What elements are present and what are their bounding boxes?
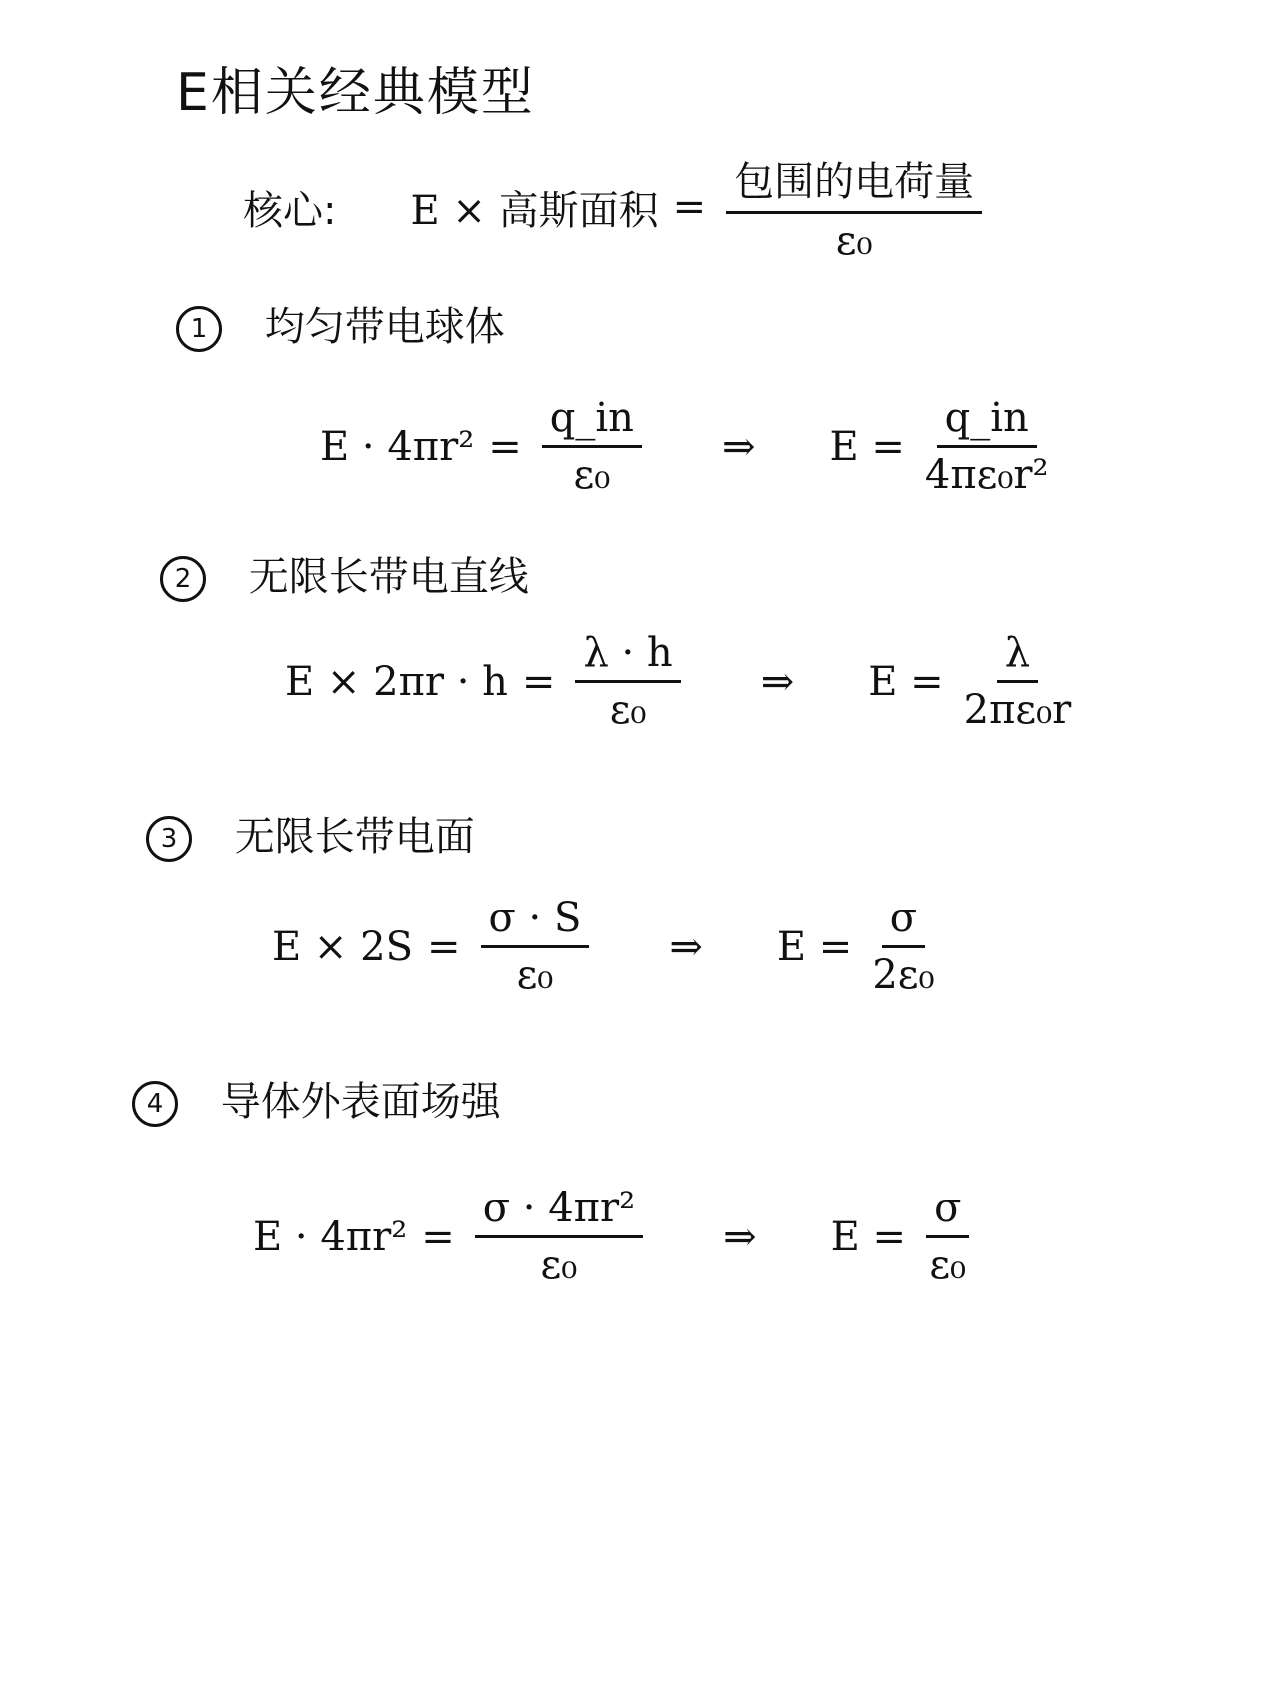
model-3-equation: E × 2S = σ · S ε₀ ⇒ E = σ 2ε₀ [272, 895, 941, 998]
result-lhs: E = [829, 424, 904, 470]
result-fraction: λ 2πε₀r [964, 630, 1072, 733]
equation-equals: = [427, 924, 461, 970]
equation-lhs: E × 2S [272, 924, 413, 970]
fraction-denominator: ε₀ [517, 948, 554, 998]
implies-arrow-icon: ⇒ [722, 424, 756, 470]
result-fraction: σ ε₀ [926, 1185, 969, 1288]
equation-equals: = [522, 659, 556, 705]
fraction-denominator: 2ε₀ [872, 948, 934, 998]
core-label: 核心: [243, 179, 336, 236]
result-lhs: E = [777, 924, 852, 970]
equation-rhs-fraction: σ · 4πr² ε₀ [475, 1185, 643, 1288]
equation-lhs: E · 4πr² [253, 1214, 407, 1260]
circled-number-2: 2 [160, 556, 206, 602]
result-fraction: q_in 4πε₀r² [925, 395, 1049, 498]
implies-arrow-icon: ⇒ [761, 659, 795, 705]
page-title: E相关经典模型 [176, 50, 535, 125]
implies-arrow-icon: ⇒ [723, 1214, 757, 1260]
model-1-heading: 1 均匀带电球体 [176, 295, 505, 352]
equation-lhs: E × 2πr · h [285, 659, 508, 705]
core-lhs: E × 高斯面积 [410, 179, 658, 236]
fraction-denominator: ε₀ [610, 683, 647, 733]
model-heading-text: 无限长带电直线 [249, 554, 529, 600]
core-equals: = [673, 184, 707, 230]
circled-number-1: 1 [176, 306, 222, 352]
core-numerator: 包围的电荷量 [726, 150, 982, 214]
result-fraction: σ 2ε₀ [872, 895, 934, 998]
fraction-numerator: σ [926, 1185, 969, 1238]
equation-equals: = [421, 1214, 455, 1260]
model-heading-text: 导体外表面场强 [221, 1079, 501, 1125]
equation-rhs-fraction: q_in ε₀ [542, 395, 642, 498]
fraction-denominator: ε₀ [929, 1238, 966, 1288]
model-1-equation: E · 4πr² = q_in ε₀ ⇒ E = q_in 4πε₀r² [320, 395, 1055, 498]
fraction-denominator: 4πε₀r² [925, 448, 1049, 498]
implies-arrow-icon: ⇒ [669, 924, 703, 970]
model-heading-text: 无限长带电面 [235, 814, 475, 860]
fraction-numerator: σ [882, 895, 925, 948]
model-2-equation: E × 2πr · h = λ · h ε₀ ⇒ E = λ 2πε₀r [285, 630, 1077, 733]
fraction-numerator: λ · h [575, 630, 680, 683]
core-fraction: 包围的电荷量 ε₀ [726, 150, 982, 264]
equation-rhs-fraction: σ · S ε₀ [481, 895, 590, 998]
result-lhs: E = [868, 659, 943, 705]
equation-equals: = [488, 424, 522, 470]
fraction-numerator: q_in [937, 395, 1037, 448]
fraction-numerator: σ · S [481, 895, 590, 948]
model-4-equation: E · 4πr² = σ · 4πr² ε₀ ⇒ E = σ ε₀ [253, 1185, 975, 1288]
fraction-numerator: λ [997, 630, 1038, 683]
model-2-heading: 2 无限长带电直线 [160, 545, 529, 602]
fraction-denominator: 2πε₀r [964, 683, 1072, 733]
equation-lhs: E · 4πr² [320, 424, 474, 470]
model-3-heading: 3 无限长带电面 [146, 805, 475, 862]
fraction-denominator: ε₀ [541, 1238, 578, 1288]
core-denominator: ε₀ [836, 214, 873, 264]
fraction-numerator: σ · 4πr² [475, 1185, 643, 1238]
result-lhs: E = [831, 1214, 906, 1260]
model-heading-text: 均匀带电球体 [265, 304, 505, 350]
model-4-heading: 4 导体外表面场强 [132, 1070, 501, 1127]
core-formula: 核心: E × 高斯面积 = 包围的电荷量 ε₀ [243, 150, 988, 264]
circled-number-3: 3 [146, 816, 192, 862]
equation-rhs-fraction: λ · h ε₀ [575, 630, 680, 733]
fraction-denominator: ε₀ [573, 448, 610, 498]
fraction-numerator: q_in [542, 395, 642, 448]
circled-number-4: 4 [132, 1081, 178, 1127]
